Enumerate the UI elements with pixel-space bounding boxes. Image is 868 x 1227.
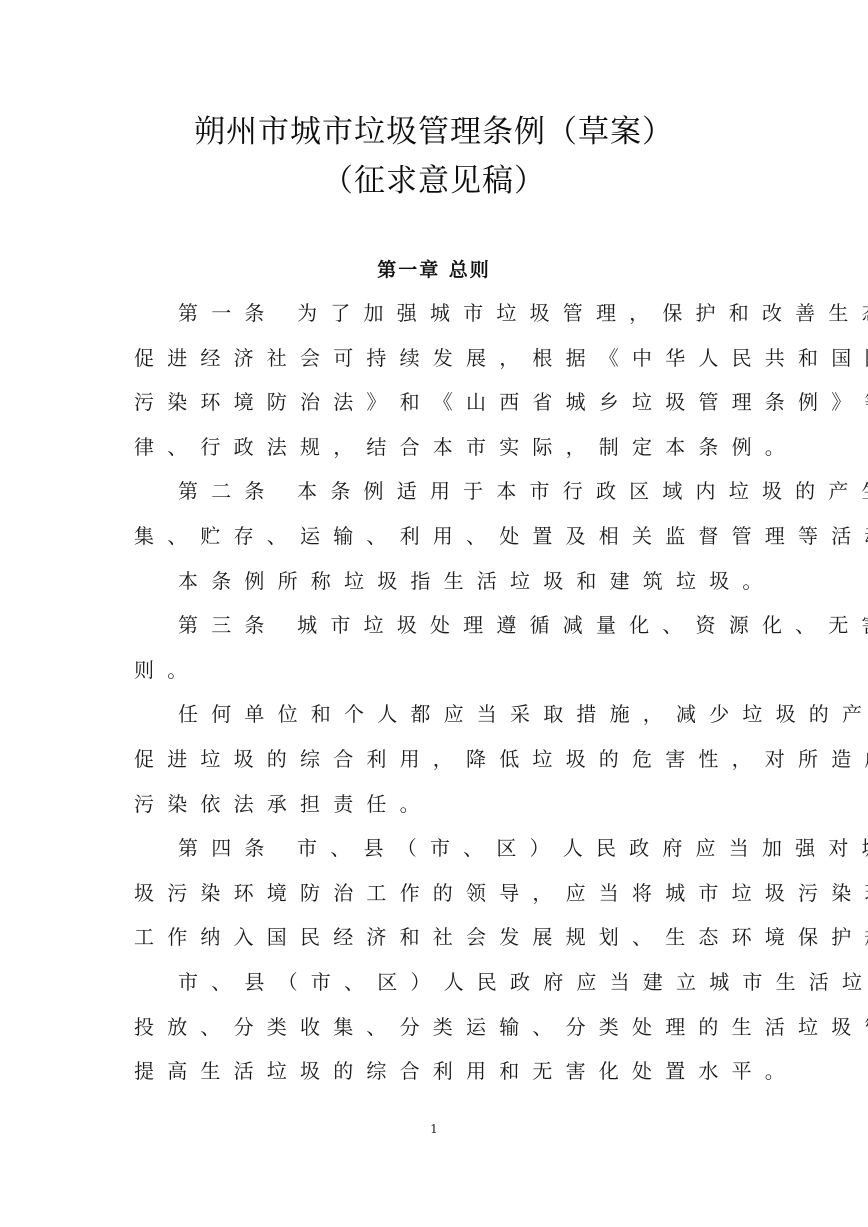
text-line: 市、县（市、区）人民政府应当建立城市生活垃圾分类	[134, 965, 744, 1010]
document-title: 朔州市城市垃圾管理条例（草案）	[0, 112, 868, 152]
text-line: 本条例所称垃圾指生活垃圾和建筑垃圾。	[134, 564, 744, 609]
text-line: 促进垃圾的综合利用，降低垃圾的危害性，对所造成的环境	[134, 742, 744, 787]
text-line: 污染依法承担责任。	[134, 787, 744, 832]
text-line: 律、行政法规，结合本市实际，制定本条例。	[134, 430, 744, 475]
text-line: 污染环境防治法》和《山西省城乡垃圾管理条例》等有关法	[134, 385, 744, 430]
text-line: 提高生活垃圾的综合利用和无害化处置水平。	[134, 1054, 744, 1099]
text-line: 投放、分类收集、分类运输、分类处理的生活垃圾管理系统，	[134, 1010, 744, 1055]
text-line: 圾污染环境防治工作的领导，应当将城市垃圾污染环境防治	[134, 876, 744, 921]
text-line: 第二条 本条例适用于本市行政区域内垃圾的产生、收	[134, 474, 744, 519]
chapter-heading: 第一章 总则	[0, 256, 868, 284]
text-line: 工作纳入国民经济和社会发展规划、生态环境保护规划。	[134, 920, 744, 965]
document-body: 第一条 为了加强城市垃圾管理，保护和改善生态环境， 促进经济社会可持续发展，根据…	[134, 296, 744, 1099]
document-subtitle: （征求意见稿）	[0, 161, 868, 201]
text-line: 第三条 城市垃圾处理遵循减量化、资源化、无害化原	[134, 608, 744, 653]
document-page: 朔州市城市垃圾管理条例（草案） （征求意见稿） 第一章 总则 第一条 为了加强城…	[0, 0, 868, 1227]
text-line: 第四条 市、县（市、区）人民政府应当加强对城市垃	[134, 831, 744, 876]
text-line: 集、贮存、运输、利用、处置及相关监督管理等活动。	[134, 519, 744, 564]
page-number: 1	[0, 1122, 868, 1136]
text-line: 第一条 为了加强城市垃圾管理，保护和改善生态环境，	[134, 296, 744, 341]
text-line: 促进经济社会可持续发展，根据《中华人民共和国固体废物	[134, 341, 744, 386]
text-line: 任何单位和个人都应当采取措施，减少垃圾的产生量，	[134, 697, 744, 742]
text-line: 则。	[134, 653, 744, 698]
